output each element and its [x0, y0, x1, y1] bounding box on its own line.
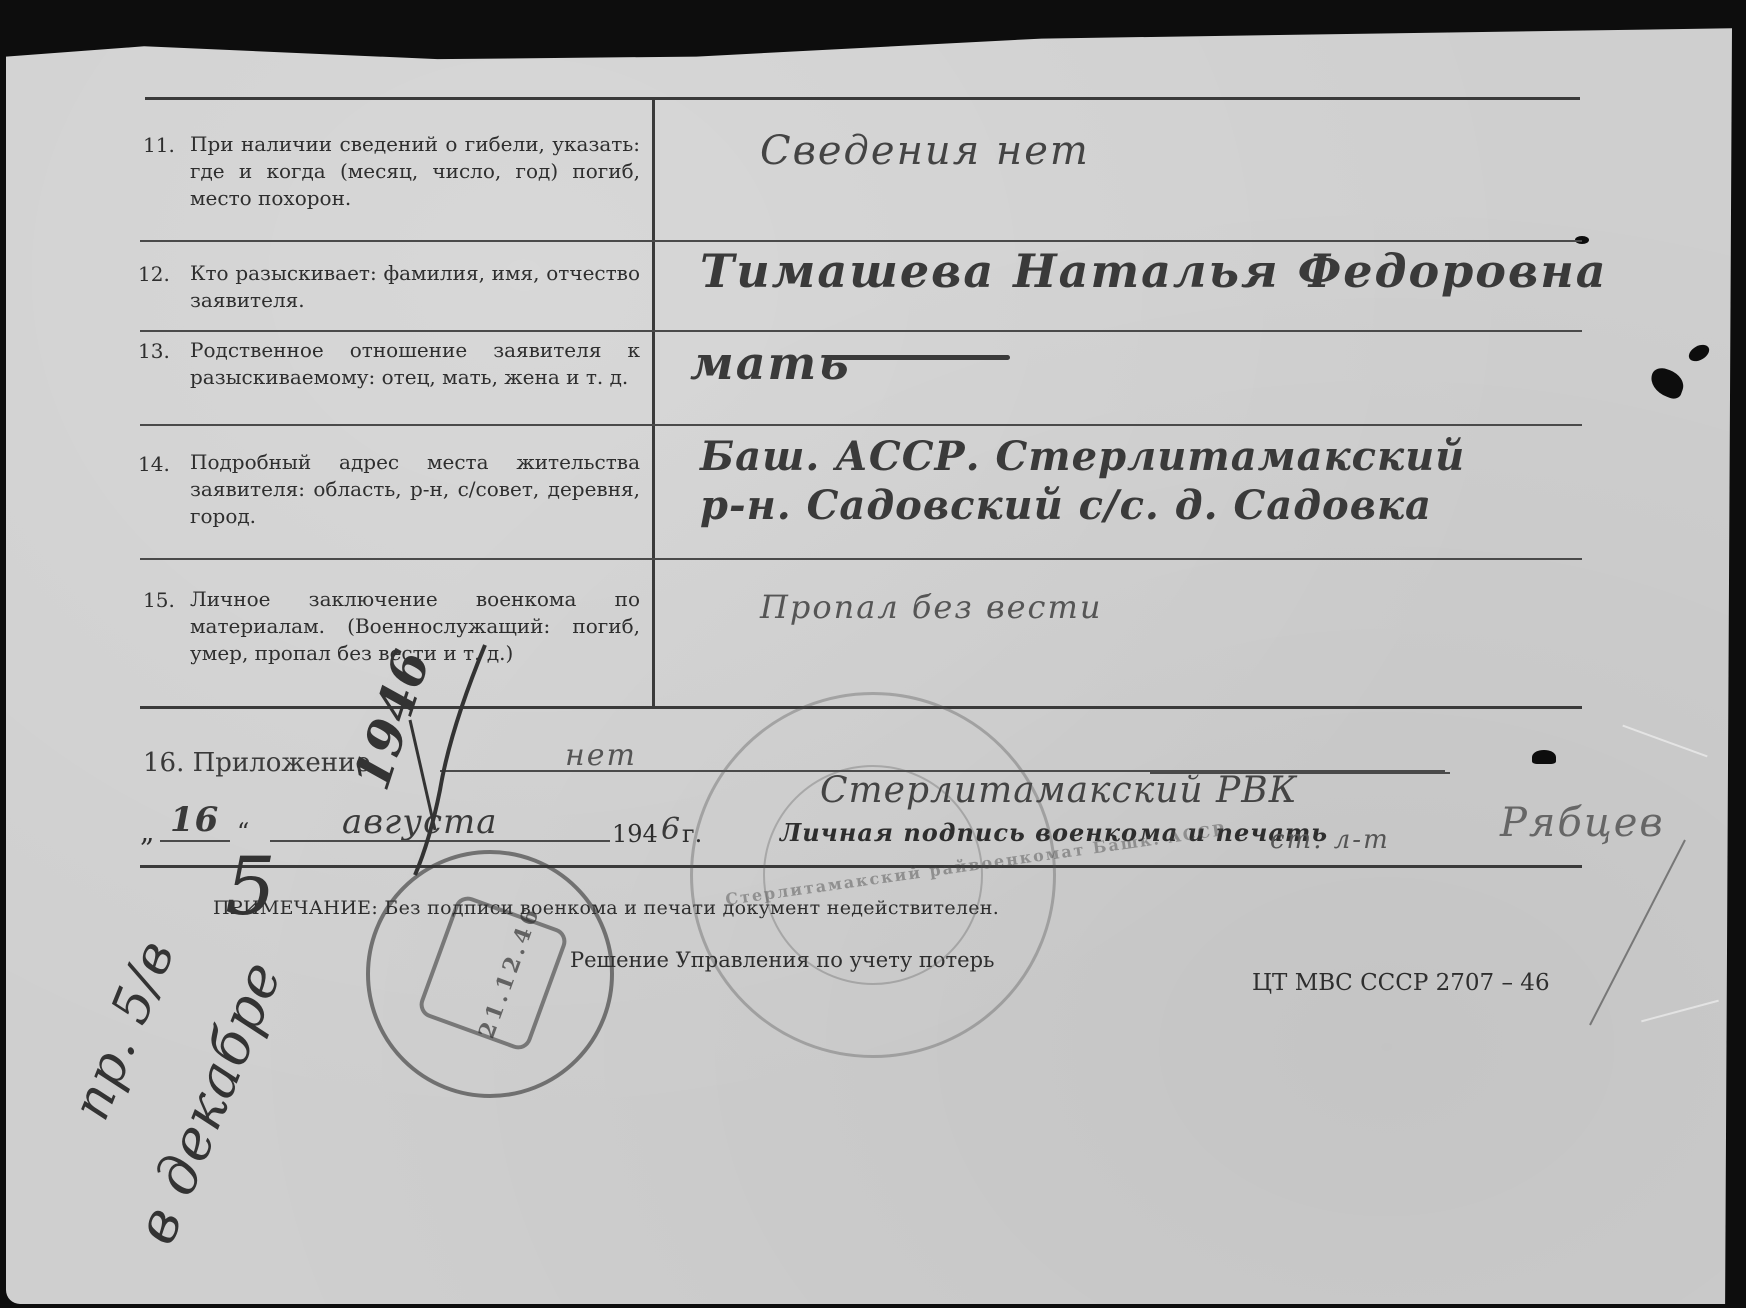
table-top-rule	[145, 97, 1580, 100]
row-14-label: Подробный адрес места жительства заявите…	[190, 449, 640, 530]
military-commissariat-seal: Стерлитамакский райвоенкомат Башк. АССР	[690, 692, 1056, 1058]
date-year-suffix: 6	[661, 812, 681, 847]
row-14-number: 14.	[138, 452, 170, 476]
row-13-number: 13.	[138, 339, 170, 363]
row-divider	[140, 330, 1582, 332]
checkmark-stroke	[380, 640, 500, 880]
row-11-label: При наличии сведений о гибели, указать: …	[190, 131, 640, 212]
row-12-answer: Тимашева Наталья Федоровна	[700, 244, 1608, 298]
signature-initials: ст. л-т	[1270, 825, 1390, 855]
date-open-quote: „	[140, 815, 155, 848]
row-12-label: Кто разыскивает: фамилия, имя, отчество …	[190, 260, 640, 314]
row-12-number: 12.	[138, 262, 170, 286]
margin-number: 5	[225, 840, 277, 933]
row-13-answer: мать	[690, 336, 851, 390]
row-14-answer-line-2: р-н. Садовский с/с. д. Садовка	[700, 482, 1432, 529]
attachment-label: 16. Приложение	[143, 748, 371, 778]
paper-tear	[1532, 750, 1556, 764]
row-13-label: Родственное отношение заявителя к разыск…	[190, 337, 640, 391]
row-14-answer-line-1: Баш. АССР. Стерлитамакский	[700, 433, 1465, 480]
row-divider	[140, 240, 1582, 242]
signature-flourish	[1580, 830, 1700, 1030]
row-15-number: 15.	[143, 588, 175, 612]
row-15-answer: Пропал без вести	[760, 588, 1102, 626]
row-divider	[140, 424, 1582, 426]
row-13-answer-underline	[830, 355, 1010, 360]
date-stamp: 21.12.46	[366, 850, 614, 1098]
date-day-line	[160, 840, 230, 842]
row-divider	[140, 558, 1582, 560]
date-day: 16	[170, 800, 219, 840]
column-divider	[652, 99, 655, 707]
row-11-answer: Сведения нет	[760, 128, 1090, 174]
row-11-number: 11.	[143, 133, 175, 157]
date-year-prefix: 194	[612, 820, 658, 848]
signature-line	[1150, 772, 1450, 774]
form-code: ЦТ МВС СССР 2707 – 46	[1252, 970, 1550, 996]
attachment-value: нет	[565, 738, 637, 773]
